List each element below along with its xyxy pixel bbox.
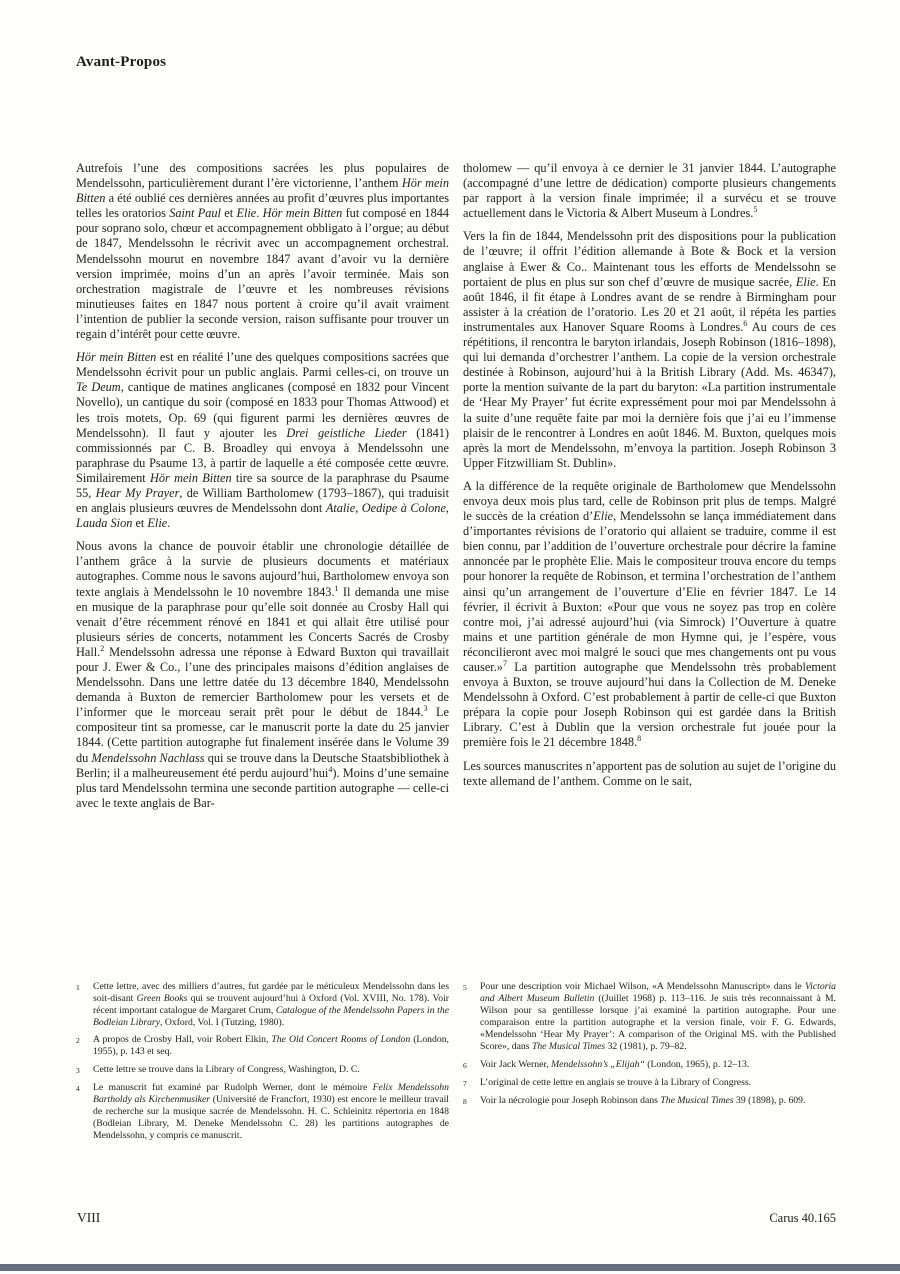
footnote: 6Voir Jack Werner, Mendelssohn’s „Elijah… xyxy=(463,1059,836,1072)
italic-text: Green Books xyxy=(137,993,188,1004)
footnote: 2A propos de Crosby Hall, voir Robert El… xyxy=(76,1034,449,1058)
italic-text: Te Deum xyxy=(76,380,121,394)
footnote-ref: 5 xyxy=(753,205,757,214)
footnotes-left-column: 1Cette lettre, avec des milliers d’autre… xyxy=(76,981,449,1147)
footnote-number: 5 xyxy=(463,981,480,1054)
text-run: Le manuscrit fut examiné par Rudolph Wer… xyxy=(93,1082,373,1093)
italic-text: Saint Paul xyxy=(169,206,221,220)
page-title: Avant-Propos xyxy=(76,54,166,71)
italic-text: Lauda Sion xyxy=(76,516,132,530)
footnote-number: 1 xyxy=(76,981,93,1029)
italic-text: Elie xyxy=(796,275,816,289)
text-run: tholomew — qu’il envoya à ce dernier le … xyxy=(463,161,836,220)
paragraph: Nous avons la chance de pouvoir établir … xyxy=(76,539,449,811)
italic-text: Atalie xyxy=(326,501,355,515)
paragraph: Les sources manuscrites n’apportent pas … xyxy=(463,759,836,789)
text-run: L’original de cette lettre en anglais se… xyxy=(480,1077,751,1088)
text-run: et xyxy=(132,516,147,530)
footnote-text: Pour une description voir Michael Wilson… xyxy=(480,981,836,1054)
italic-text: Hör mein Bitten xyxy=(150,471,232,485)
italic-text: Oedipe à Colone xyxy=(362,501,446,515)
footnote-number: 7 xyxy=(463,1077,480,1090)
footnote: 1Cette lettre, avec des milliers d’autre… xyxy=(76,981,449,1029)
text-run: A propos de Crosby Hall, voir Robert Elk… xyxy=(93,1034,271,1045)
footnote-text: Cette lettre, avec des milliers d’autres… xyxy=(93,981,449,1029)
footnote-text: A propos de Crosby Hall, voir Robert Elk… xyxy=(93,1034,449,1058)
text-run: , xyxy=(446,501,449,515)
footnote-text: L’original de cette lettre en anglais se… xyxy=(480,1077,836,1090)
footnote-number: 3 xyxy=(76,1064,93,1077)
italic-text: Elie xyxy=(593,509,613,523)
paragraph: tholomew — qu’il envoya à ce dernier le … xyxy=(463,161,836,221)
text-run: Les sources manuscrites n’apportent pas … xyxy=(463,759,836,788)
footnote-text: Voir Jack Werner, Mendelssohn’s „Elijah“… xyxy=(480,1059,836,1072)
text-run: . xyxy=(167,516,170,530)
page-number: VIII xyxy=(77,1210,100,1226)
footnote-text: Cette lettre se trouve dans la Library o… xyxy=(93,1064,449,1077)
text-run: Voir la nécrologie pour Joseph Robinson … xyxy=(480,1095,660,1106)
text-run: Au cours de ces répétitions, il rencontr… xyxy=(463,320,836,470)
footnote-number: 6 xyxy=(463,1059,480,1072)
body-text: Autrefois l’une des compositions sacrées… xyxy=(76,161,836,819)
scan-edge-bar xyxy=(0,1264,900,1271)
footnote: 3Cette lettre se trouve dans la Library … xyxy=(76,1064,449,1077)
italic-text: Hör mein Bitten xyxy=(263,206,343,220)
footnote-number: 8 xyxy=(463,1095,480,1108)
text-run: fut composé en 1844 pour soprano solo, c… xyxy=(76,206,449,341)
text-run: et xyxy=(221,206,236,220)
text-run: Vers la fin de 1844, Mendelssohn prit de… xyxy=(463,229,836,288)
footnote-number: 2 xyxy=(76,1034,93,1058)
footnote-text: Le manuscrit fut examiné par Rudolph Wer… xyxy=(93,1082,449,1142)
footnote: 5Pour une description voir Michael Wilso… xyxy=(463,981,836,1054)
text-run: 39 (1898), p. 609. xyxy=(734,1095,806,1106)
italic-text: Mendelssohn Nachlass xyxy=(91,751,204,765)
right-column: tholomew — qu’il envoya à ce dernier le … xyxy=(463,161,836,819)
footnote: 7L’original de cette lettre en anglais s… xyxy=(463,1077,836,1090)
italic-text: The Musical Times xyxy=(532,1041,605,1052)
footnote: 4Le manuscrit fut examiné par Rudolph We… xyxy=(76,1082,449,1142)
italic-text: Mendelssohn’s „Elijah“ xyxy=(551,1059,645,1070)
text-run: Mendelssohn adressa une réponse à Edward… xyxy=(76,645,449,719)
text-run: La partition autographe que Mendelssohn … xyxy=(463,660,836,749)
text-run: Voir Jack Werner, xyxy=(480,1059,551,1070)
text-run: (London, 1965), p. 12–13. xyxy=(645,1059,749,1070)
text-run: , Mendelssohn se lança immédiatement dan… xyxy=(463,509,836,674)
footnote-ref: 8 xyxy=(637,734,641,743)
footnote-number: 4 xyxy=(76,1082,93,1142)
paragraph: Autrefois l’une des compositions sacrées… xyxy=(76,161,449,342)
edition-number: Carus 40.165 xyxy=(769,1211,836,1226)
left-column: Autrefois l’une des compositions sacrées… xyxy=(76,161,449,819)
text-run: Cette lettre se trouve dans la Library o… xyxy=(93,1064,360,1075)
italic-text: Drei geistliche Lieder xyxy=(286,426,406,440)
text-run: , Oxford, Vol. I (Tutzing, 1980). xyxy=(160,1017,284,1028)
italic-text: The Old Concert Rooms of London xyxy=(271,1034,410,1045)
paragraph: Hör mein Bitten est en réalité l’une des… xyxy=(76,350,449,531)
italic-text: Hör mein Bitten xyxy=(76,350,156,364)
italic-text: Elie xyxy=(236,206,256,220)
italic-text: Elie xyxy=(147,516,167,530)
footnotes-right-column: 5Pour une description voir Michael Wilso… xyxy=(463,981,836,1147)
text-run: 32 (1981), p. 79–82. xyxy=(605,1041,687,1052)
paragraph: Vers la fin de 1844, Mendelssohn prit de… xyxy=(463,229,836,471)
footnote: 8Voir la nécrologie pour Joseph Robinson… xyxy=(463,1095,836,1108)
paragraph: A la différence de la requête originale … xyxy=(463,479,836,751)
footnote-text: Voir la nécrologie pour Joseph Robinson … xyxy=(480,1095,836,1108)
italic-text: The Musical Times xyxy=(660,1095,733,1106)
italic-text: Hear My Prayer xyxy=(96,486,180,500)
text-run: Autrefois l’une des compositions sacrées… xyxy=(76,161,449,190)
text-run: Pour une description voir Michael Wilson… xyxy=(480,981,805,992)
footnotes-section: 1Cette lettre, avec des milliers d’autre… xyxy=(76,981,836,1147)
document-page: Avant-Propos Autrefois l’une des composi… xyxy=(0,0,900,1274)
